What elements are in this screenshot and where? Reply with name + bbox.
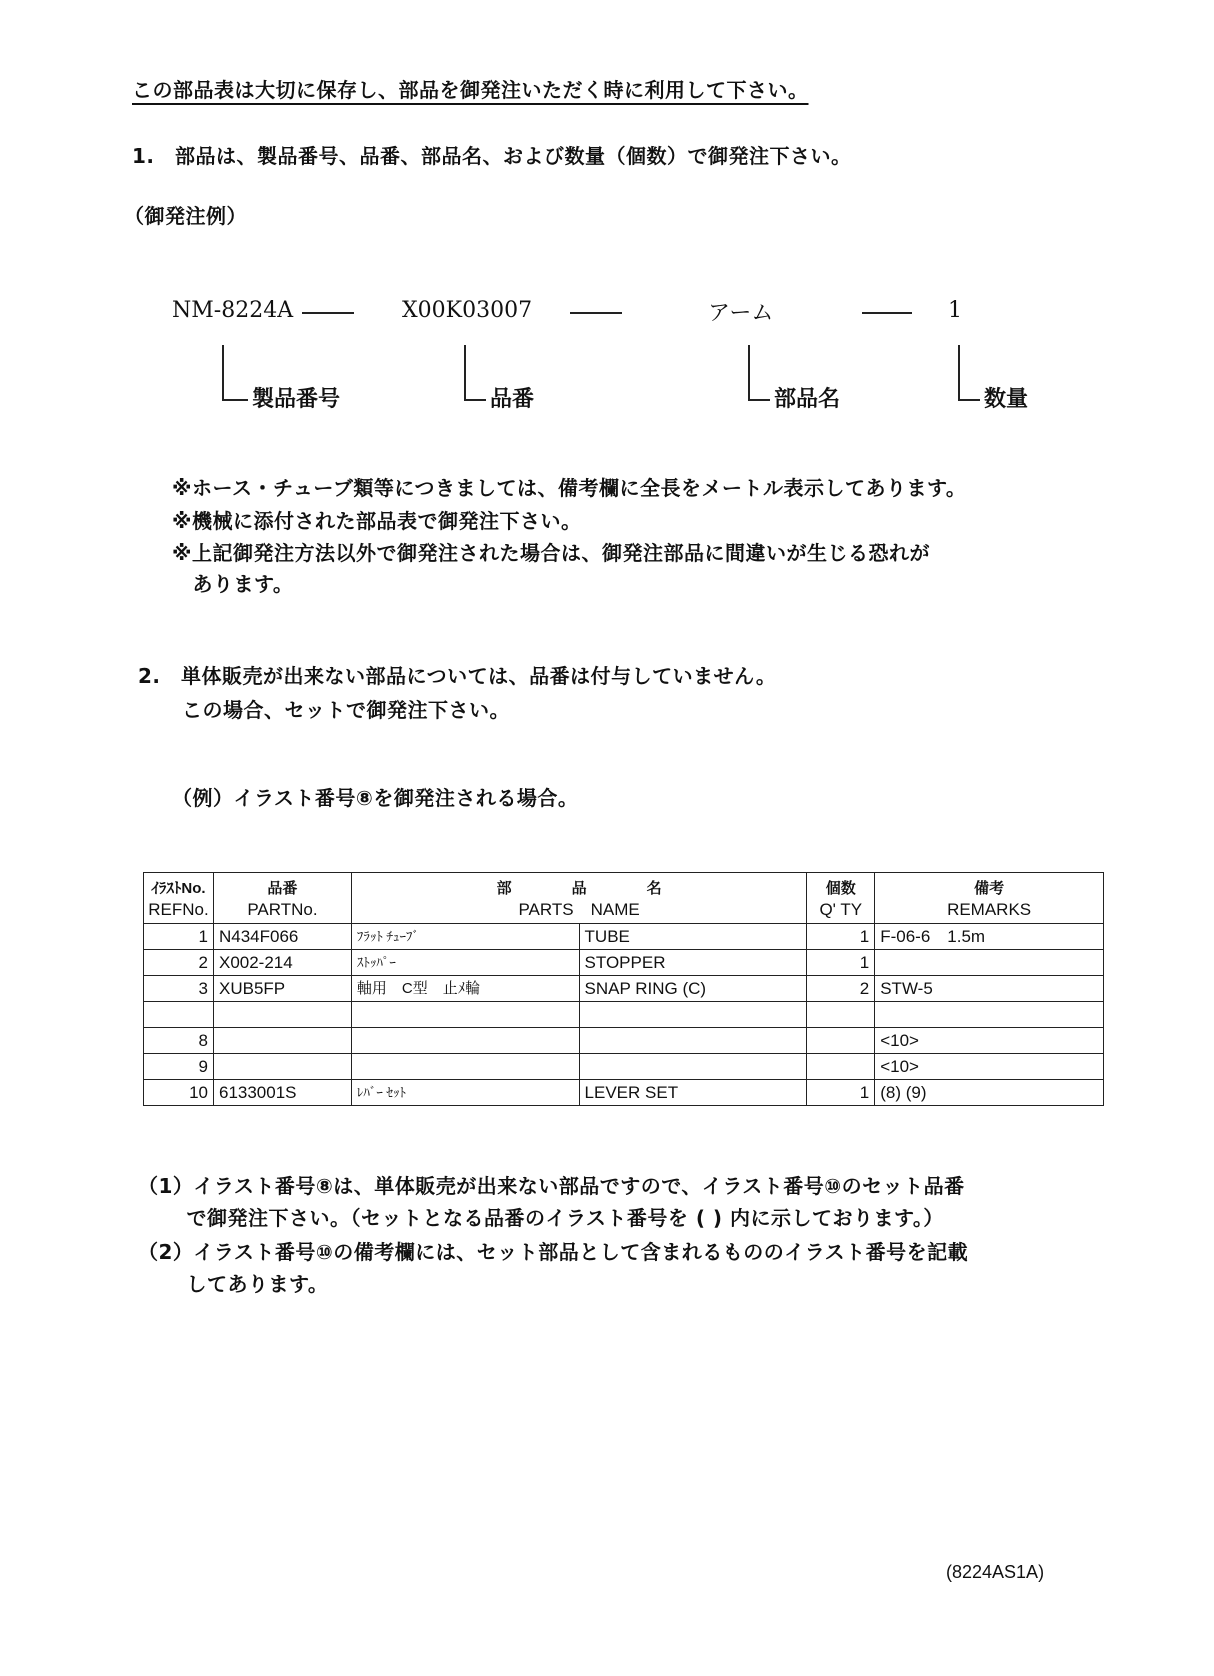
cell-name-jp: 軸用 C型 止ﾒ輪 [351,976,579,1002]
cell-ref: 2 [144,950,214,976]
dash-separator [862,312,912,314]
table-row: 2 X002-214 ｽﾄｯﾊﾟｰ STOPPER 1 [144,950,1104,976]
cell-qty: 1 [807,950,875,976]
example-qty: 1 [948,298,962,323]
cell-part-no: N434F066 [213,924,351,950]
bracket-line [464,345,486,401]
cell-remarks: F-06-6 1.5m [875,924,1104,950]
cell-name-jp: ﾌﾗｯﾄ ﾁｭｰﾌﾞ [351,924,579,950]
label-part-name: 部品名 [774,382,840,413]
cell-name-en [579,1054,807,1080]
table-row: 3 XUB5FP 軸用 C型 止ﾒ輪 SNAP RING (C) 2 STW-5 [144,976,1104,1002]
example-part-name: アーム [708,296,773,327]
example-part-no: X00K03007 [402,298,532,323]
cell-name-en [579,1028,807,1054]
section2-example: （例）イラスト番号⑧を御発注される場合。 [172,782,578,811]
dash-separator [302,312,354,314]
cell-qty: 2 [807,976,875,1002]
cell-remarks: <10> [875,1028,1104,1054]
cell-part-no: 6133001S [213,1080,351,1106]
cell-part-no [213,1002,351,1028]
table-row: 10 6133001S ﾚﾊﾞｰ ｾｯﾄ LEVER SET 1 (8) (9) [144,1080,1104,1106]
cell-name-jp [351,1028,579,1054]
bracket-line [222,345,248,401]
dash-separator [570,312,622,314]
cell-ref: 10 [144,1080,214,1106]
cell-part-no: X002-214 [213,950,351,976]
footnote-line: （1）イラスト番号⑧は、単体販売が出来ない部品ですので、イラスト番号⑩のセット品… [138,1170,965,1199]
note-line: ※ホース・チューブ類等につきましては、備考欄に全長をメートル表示してあります。 [172,472,966,501]
cell-name-en [579,1002,807,1028]
cell-remarks [875,950,1104,976]
document-code: (8224AS1A) [946,1562,1044,1583]
cell-name-en: LEVER SET [579,1080,807,1106]
cell-ref [144,1002,214,1028]
cell-name-jp: ｽﾄｯﾊﾟｰ [351,950,579,976]
section2-line2: この場合、セットで御発注下さい。 [182,694,510,723]
cell-name-en: SNAP RING (C) [579,976,807,1002]
cell-ref: 9 [144,1054,214,1080]
example-product-no: NM-8224A [172,298,293,323]
cell-ref: 3 [144,976,214,1002]
cell-qty [807,1054,875,1080]
footnote-line: （2）イラスト番号⑩の備考欄には、セット部品として含まれるもののイラスト番号を記… [138,1236,968,1265]
page-title: この部品表は大切に保存し、部品を御発注いただく時に利用して下さい。 [132,74,809,103]
cell-remarks [875,1002,1104,1028]
cell-remarks: <10> [875,1054,1104,1080]
header-part-no: 品番PARTNo. [213,873,351,924]
cell-name-jp [351,1054,579,1080]
note-line: ※上記御発注方法以外で御発注された場合は、御発注部品に間違いが生じる恐れが [172,537,930,566]
footnote-line: で御発注下さい。（セットとなる品番のイラスト番号を ( ) 内に示しております。… [138,1202,944,1231]
cell-name-en: STOPPER [579,950,807,976]
label-product-no: 製品番号 [252,382,340,413]
table-row: 9 <10> [144,1054,1104,1080]
cell-ref: 8 [144,1028,214,1054]
note-line: ※機械に添付された部品表で御発注下さい。 [172,505,581,534]
cell-remarks: STW-5 [875,976,1104,1002]
cell-qty: 1 [807,924,875,950]
cell-part-no [213,1054,351,1080]
section1-instruction: 1. 部品は、製品番号、品番、部品名、および数量（個数）で御発注下さい。 [132,140,852,169]
cell-remarks: (8) (9) [875,1080,1104,1106]
cell-qty [807,1002,875,1028]
note-line: あります。 [172,568,293,597]
order-example-label: （御発注例） [124,200,247,229]
cell-qty: 1 [807,1080,875,1106]
header-qty: 個数Q' TY [807,873,875,924]
cell-name-jp: ﾚﾊﾞｰ ｾｯﾄ [351,1080,579,1106]
cell-qty [807,1028,875,1054]
table-row [144,1002,1104,1028]
cell-part-no [213,1028,351,1054]
cell-ref: 1 [144,924,214,950]
cell-name-jp [351,1002,579,1028]
header-parts-name: 部 品 名PARTS NAME [351,873,806,924]
label-qty: 数量 [984,382,1028,413]
bracket-line [748,345,770,401]
header-ref-no: ｲﾗｽﾄNo.REFNo. [144,873,214,924]
footnote-line: してあります。 [138,1268,328,1297]
parts-table: ｲﾗｽﾄNo.REFNo. 品番PARTNo. 部 品 名PARTS NAME … [143,872,1104,1106]
cell-name-en: TUBE [579,924,807,950]
header-remarks: 備考REMARKS [875,873,1104,924]
cell-part-no: XUB5FP [213,976,351,1002]
table-row: 1 N434F066 ﾌﾗｯﾄ ﾁｭｰﾌﾞ TUBE 1 F-06-6 1.5m [144,924,1104,950]
label-part-no: 品番 [490,382,534,413]
table-header-row: ｲﾗｽﾄNo.REFNo. 品番PARTNo. 部 品 名PARTS NAME … [144,873,1104,924]
bracket-line [958,345,980,401]
table-row: 8 <10> [144,1028,1104,1054]
section2-line1: 2. 単体販売が出来ない部品については、品番は付与していません。 [138,660,776,689]
